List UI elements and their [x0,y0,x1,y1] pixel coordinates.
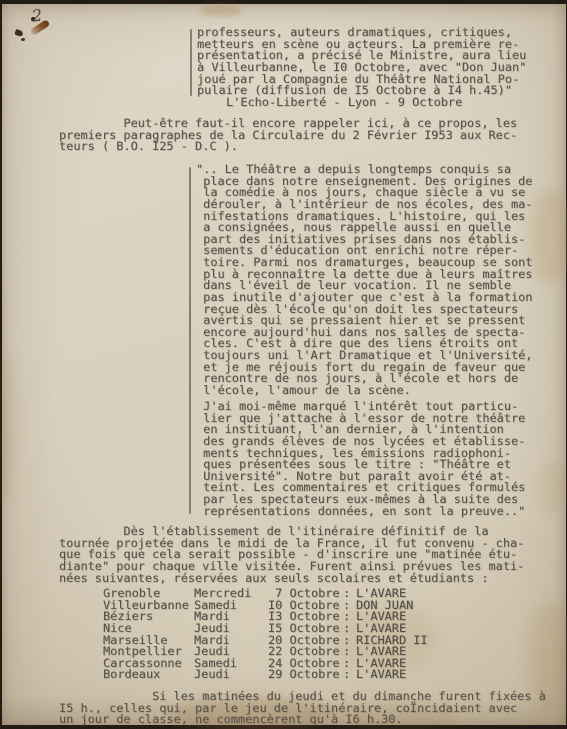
circular-quote-paragraph-2: J'ai moi-même marqué l'intérêt tout part… [196,401,525,517]
press-quote-attribution: L'Echo-Liberté - Lyon - 9 Octobre [226,97,462,109]
ink-speck [14,29,24,37]
ink-speck [21,38,25,41]
scanned-document: { "annotations": { "page_number": "2" },… [0,0,567,729]
stain [540,459,566,514]
closing-paragraph: Si les matinées du jeudi et du dimanche … [59,691,546,726]
stain [0,354,14,504]
paper-page: 2 professeurs, auteurs dramatiques, crit… [2,4,566,725]
day-cell: Jeudi [194,669,230,681]
press-quote-text: professeurs, auteurs dramatiques, critiq… [197,27,526,97]
colon-separator: : [343,669,350,681]
play-cell: L'AVARE [356,669,406,681]
city-cell: Bordeaux [103,669,160,681]
date-cell: 29 Octobre [268,669,340,681]
itinerary-paragraph: Dès l'établissement de l'itinéraire défi… [59,526,524,584]
stain [200,5,242,16]
stain [530,189,567,284]
quote-rule [189,167,191,514]
circular-quote-paragraph-1: ".. Le Théâtre a depuis longtemps conqui… [196,164,532,397]
schedule-table: Grenoble Mercredi 7 Octobre : L'AVARE Vi… [103,588,533,682]
schedule-row: Bordeaux Jeudi 29 Octobre : L'AVARE [103,669,533,681]
intro-paragraph: Peut-être faut-il encore rappeler ici, à… [59,118,517,153]
quote-rule [190,29,192,96]
pencil-page-number: 2 [31,6,43,25]
